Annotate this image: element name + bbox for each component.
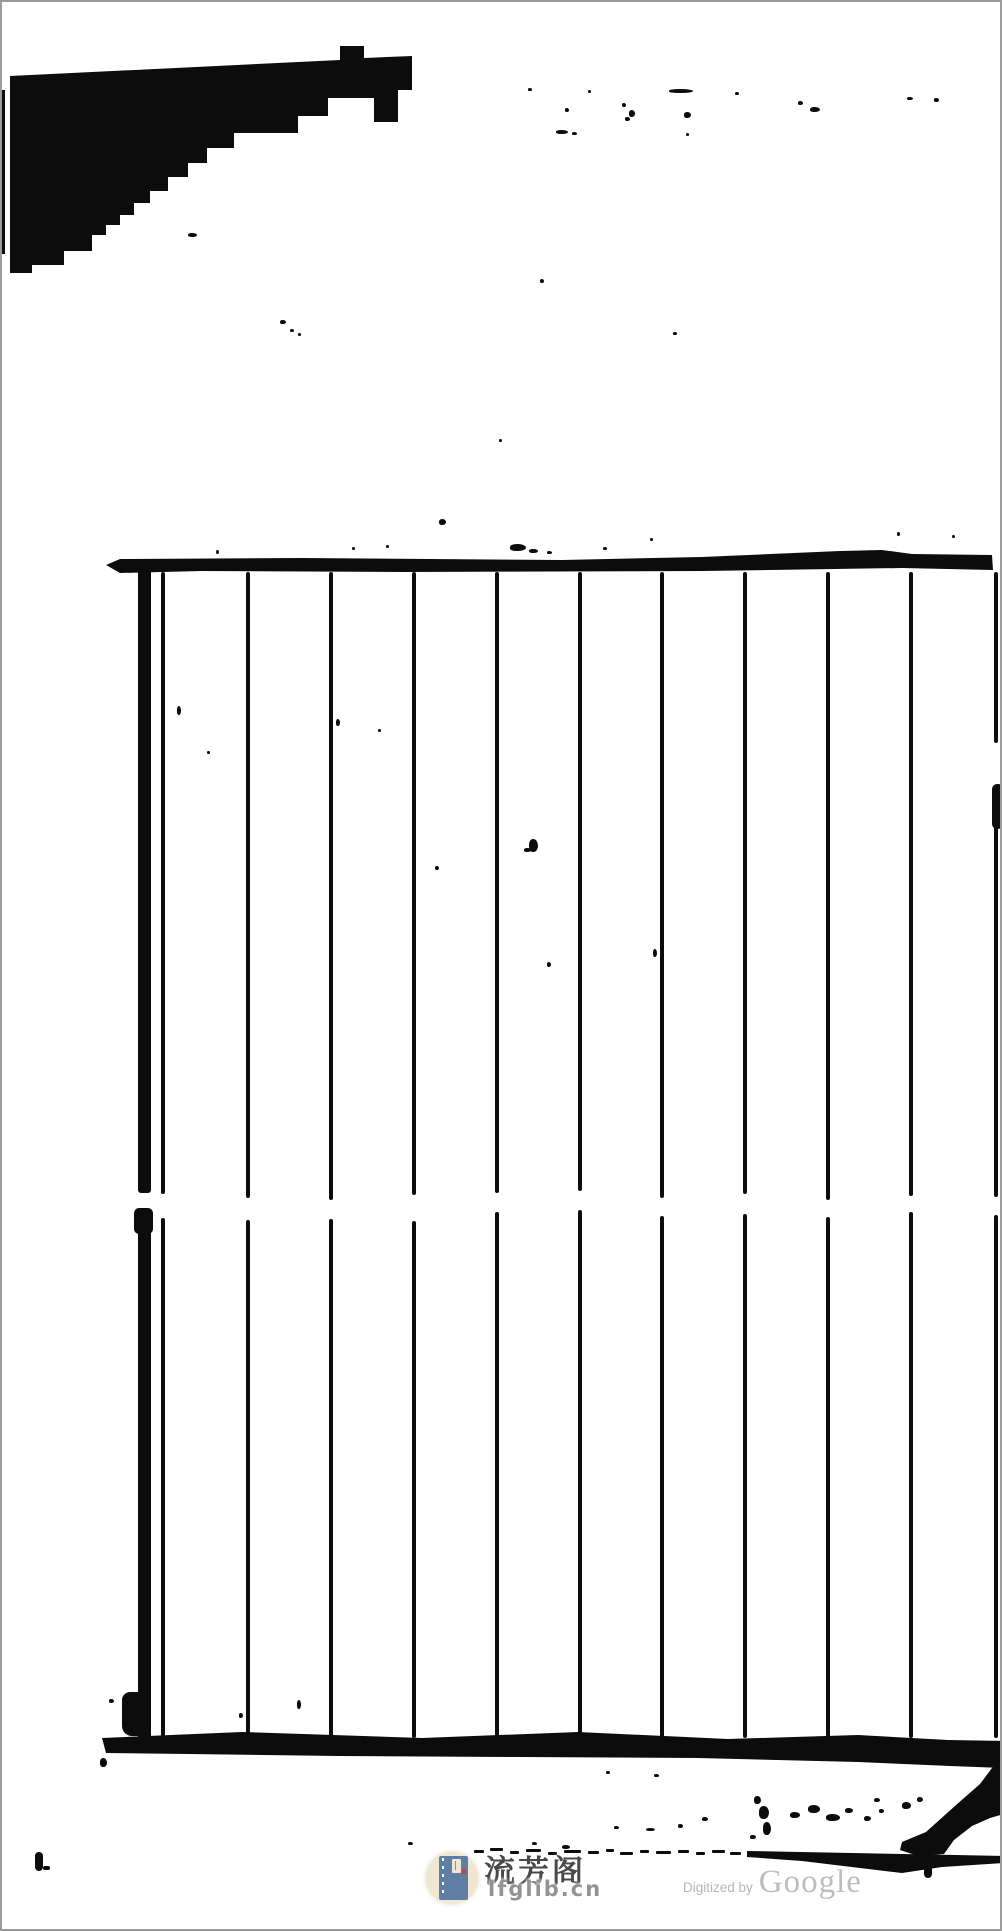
ink-speck <box>750 1835 756 1839</box>
watermark-badge-circle <box>426 1852 478 1904</box>
ink-speck <box>625 117 630 121</box>
ink-speck <box>763 1822 771 1835</box>
grid-left-border-bar <box>138 566 151 1193</box>
digitized-footer: Digitized by Google <box>683 1864 862 1901</box>
ink-speck <box>650 538 653 541</box>
ink-speck <box>629 110 635 117</box>
ink-speck <box>408 1842 413 1845</box>
ink-speck <box>907 97 913 100</box>
ink-speck <box>532 1842 537 1845</box>
ink-dash <box>696 1852 705 1855</box>
watermark: 流芳阁 lfglib.cn <box>426 1850 696 1908</box>
ink-speck <box>109 1699 114 1703</box>
ink-speck <box>702 1817 708 1821</box>
grid-column-line <box>412 572 416 1195</box>
ink-speck <box>735 92 739 95</box>
ink-speck <box>435 866 439 870</box>
ink-speck <box>654 1774 659 1777</box>
ink-speck <box>529 549 538 553</box>
ink-speck <box>754 1796 761 1804</box>
grid-column-line <box>329 572 333 1200</box>
book-title-slip <box>452 1859 461 1873</box>
ink-speck <box>565 108 569 112</box>
ink-speck <box>845 1808 853 1813</box>
ink-speck <box>298 333 301 336</box>
book-icon <box>439 1856 468 1900</box>
grid-bottom-left-corner-blob <box>122 1692 148 1736</box>
ink-speck <box>798 101 803 105</box>
ink-speck <box>810 107 820 112</box>
grid-column-line <box>161 1218 165 1738</box>
ink-speck <box>902 1802 911 1809</box>
ink-speck <box>603 547 607 550</box>
grid-column-line <box>660 1216 664 1738</box>
ink-speck <box>864 1816 871 1821</box>
ink-speck <box>653 949 657 957</box>
grid-column-line <box>909 1212 913 1738</box>
scanned-page: 流芳阁 lfglib.cn Digitized by Google <box>0 0 1002 1931</box>
ink-speck <box>614 1826 619 1829</box>
ink-speck <box>970 1747 978 1753</box>
ink-nub <box>43 1866 50 1870</box>
grid-column-line <box>246 572 250 1198</box>
book-spine-stitches <box>442 1858 444 1898</box>
grid-column-line <box>994 572 998 743</box>
ink-speck <box>686 133 689 136</box>
grid-column-line <box>578 1210 582 1738</box>
ink-speck <box>510 544 526 551</box>
ink-speck <box>684 112 691 118</box>
ink-speck <box>808 1805 820 1813</box>
grid-column-line <box>826 1217 830 1738</box>
grid-bottom-border <box>98 1728 1002 1772</box>
ink-speck <box>678 1824 683 1828</box>
grid-column-line <box>994 1215 998 1738</box>
watermark-url: lfglib.cn <box>488 1877 602 1901</box>
ink-speck <box>917 1797 923 1802</box>
grid-left-border-bar <box>138 1211 151 1742</box>
ink-speck <box>986 1758 996 1766</box>
grid-column-line <box>412 1221 416 1738</box>
ink-speck <box>673 332 677 335</box>
ink-speck <box>352 547 355 550</box>
grid-column-line <box>246 1220 250 1738</box>
ink-speck <box>952 535 955 538</box>
ink-speck <box>336 719 340 726</box>
ink-speck <box>669 89 693 93</box>
ink-speck <box>572 132 577 135</box>
ink-speck <box>216 550 219 554</box>
scan-ink-blob-top-left <box>2 42 417 277</box>
grid-column-line <box>743 572 747 1194</box>
grid-column-line <box>660 572 664 1198</box>
ink-speck <box>759 1806 769 1819</box>
ink-dash <box>712 1850 725 1853</box>
ink-speck <box>439 519 446 525</box>
ink-speck <box>606 1771 610 1774</box>
red-seal-icon <box>462 1869 466 1874</box>
left-edge-ink-strip <box>2 90 5 254</box>
ink-speck <box>547 551 552 554</box>
ink-speck <box>239 1713 243 1718</box>
ink-speck <box>280 320 286 324</box>
grid-column-line <box>161 572 165 1194</box>
ink-dash <box>730 1852 741 1855</box>
google-logo: Google <box>759 1864 862 1901</box>
ink-speck <box>874 1798 880 1802</box>
ink-speck <box>622 103 626 107</box>
ink-speck <box>188 233 197 237</box>
grid-column-line <box>909 572 913 1196</box>
grid-column-line <box>826 572 830 1200</box>
ink-nub <box>35 1852 43 1871</box>
grid-column-line <box>495 1212 499 1738</box>
ink-speck <box>547 962 551 967</box>
ink-speck <box>879 1809 884 1813</box>
ink-speck <box>207 751 210 754</box>
grid-column-line <box>495 572 499 1193</box>
ink-nub <box>924 1858 932 1878</box>
ink-speck <box>177 706 181 715</box>
ink-speck <box>499 439 502 442</box>
ink-speck <box>290 329 294 332</box>
ink-speck <box>297 1700 301 1709</box>
ink-speck <box>646 1828 655 1831</box>
ink-speck <box>528 88 532 91</box>
ink-speck <box>524 848 531 852</box>
ink-speck <box>378 729 381 732</box>
ink-nub <box>134 1208 153 1234</box>
grid-column-line <box>743 1214 747 1738</box>
ink-speck <box>588 90 591 93</box>
ink-nub <box>992 784 1002 829</box>
ink-speck <box>100 1758 107 1767</box>
grid-column-line <box>329 1219 333 1738</box>
ink-speck <box>826 1814 840 1821</box>
ink-speck <box>386 545 389 548</box>
ink-speck <box>790 1812 800 1818</box>
ink-speck <box>556 130 568 134</box>
ink-speck <box>540 279 544 283</box>
ink-speck <box>897 532 900 536</box>
grid-column-line <box>578 572 582 1191</box>
grid-column-line <box>994 785 998 1197</box>
ink-speck <box>934 98 939 102</box>
digitized-by-label: Digitized by <box>683 1880 753 1895</box>
